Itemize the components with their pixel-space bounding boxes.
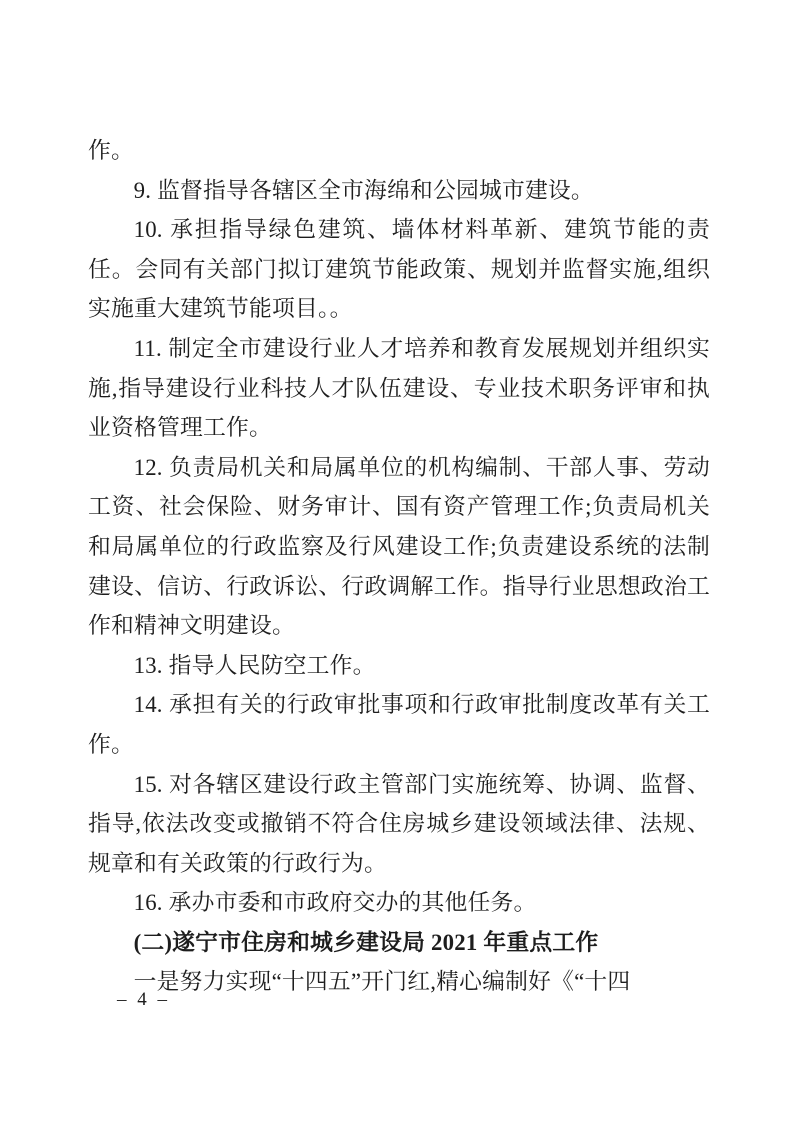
paragraph-item-14: 14. 承担有关的行政审批事项和行政审批制度改革有关工作。 — [88, 685, 710, 764]
page-number: – 4 – — [117, 989, 170, 1011]
section-heading: (二)遂宁市住房和城乡建设局 2021 年重点工作 — [88, 923, 710, 963]
document-body: 作。 9. 监督指导各辖区全市海绵和公园城市建设。 10. 承担指导绿色建筑、墙… — [88, 131, 710, 1002]
document-page: 作。 9. 监督指导各辖区全市海绵和公园城市建设。 10. 承担指导绿色建筑、墙… — [0, 0, 793, 1122]
paragraph-item-12: 12. 负责局机关和局属单位的机构编制、干部人事、劳动工资、社会保险、财务审计、… — [88, 448, 710, 646]
paragraph-item-13: 13. 指导人民防空工作。 — [88, 646, 710, 686]
paragraph-continuation: 作。 — [88, 131, 710, 171]
paragraph-item-15: 15. 对各辖区建设行政主管部门实施统筹、协调、监督、指导,依法改变或撤销不符合… — [88, 765, 710, 884]
paragraph-item-16: 16. 承办市委和市政府交办的其他任务。 — [88, 883, 710, 923]
paragraph-item-10: 10. 承担指导绿色建筑、墙体材料革新、建筑节能的责任。会同有关部门拟订建筑节能… — [88, 210, 710, 329]
paragraph-intro: 一是努力实现“十四五”开门红,精心编制好《“十四 — [88, 962, 710, 1002]
paragraph-item-9: 9. 监督指导各辖区全市海绵和公园城市建设。 — [88, 171, 710, 211]
paragraph-item-11: 11. 制定全市建设行业人才培养和教育发展规划并组织实施,指导建设行业科技人才队… — [88, 329, 710, 448]
